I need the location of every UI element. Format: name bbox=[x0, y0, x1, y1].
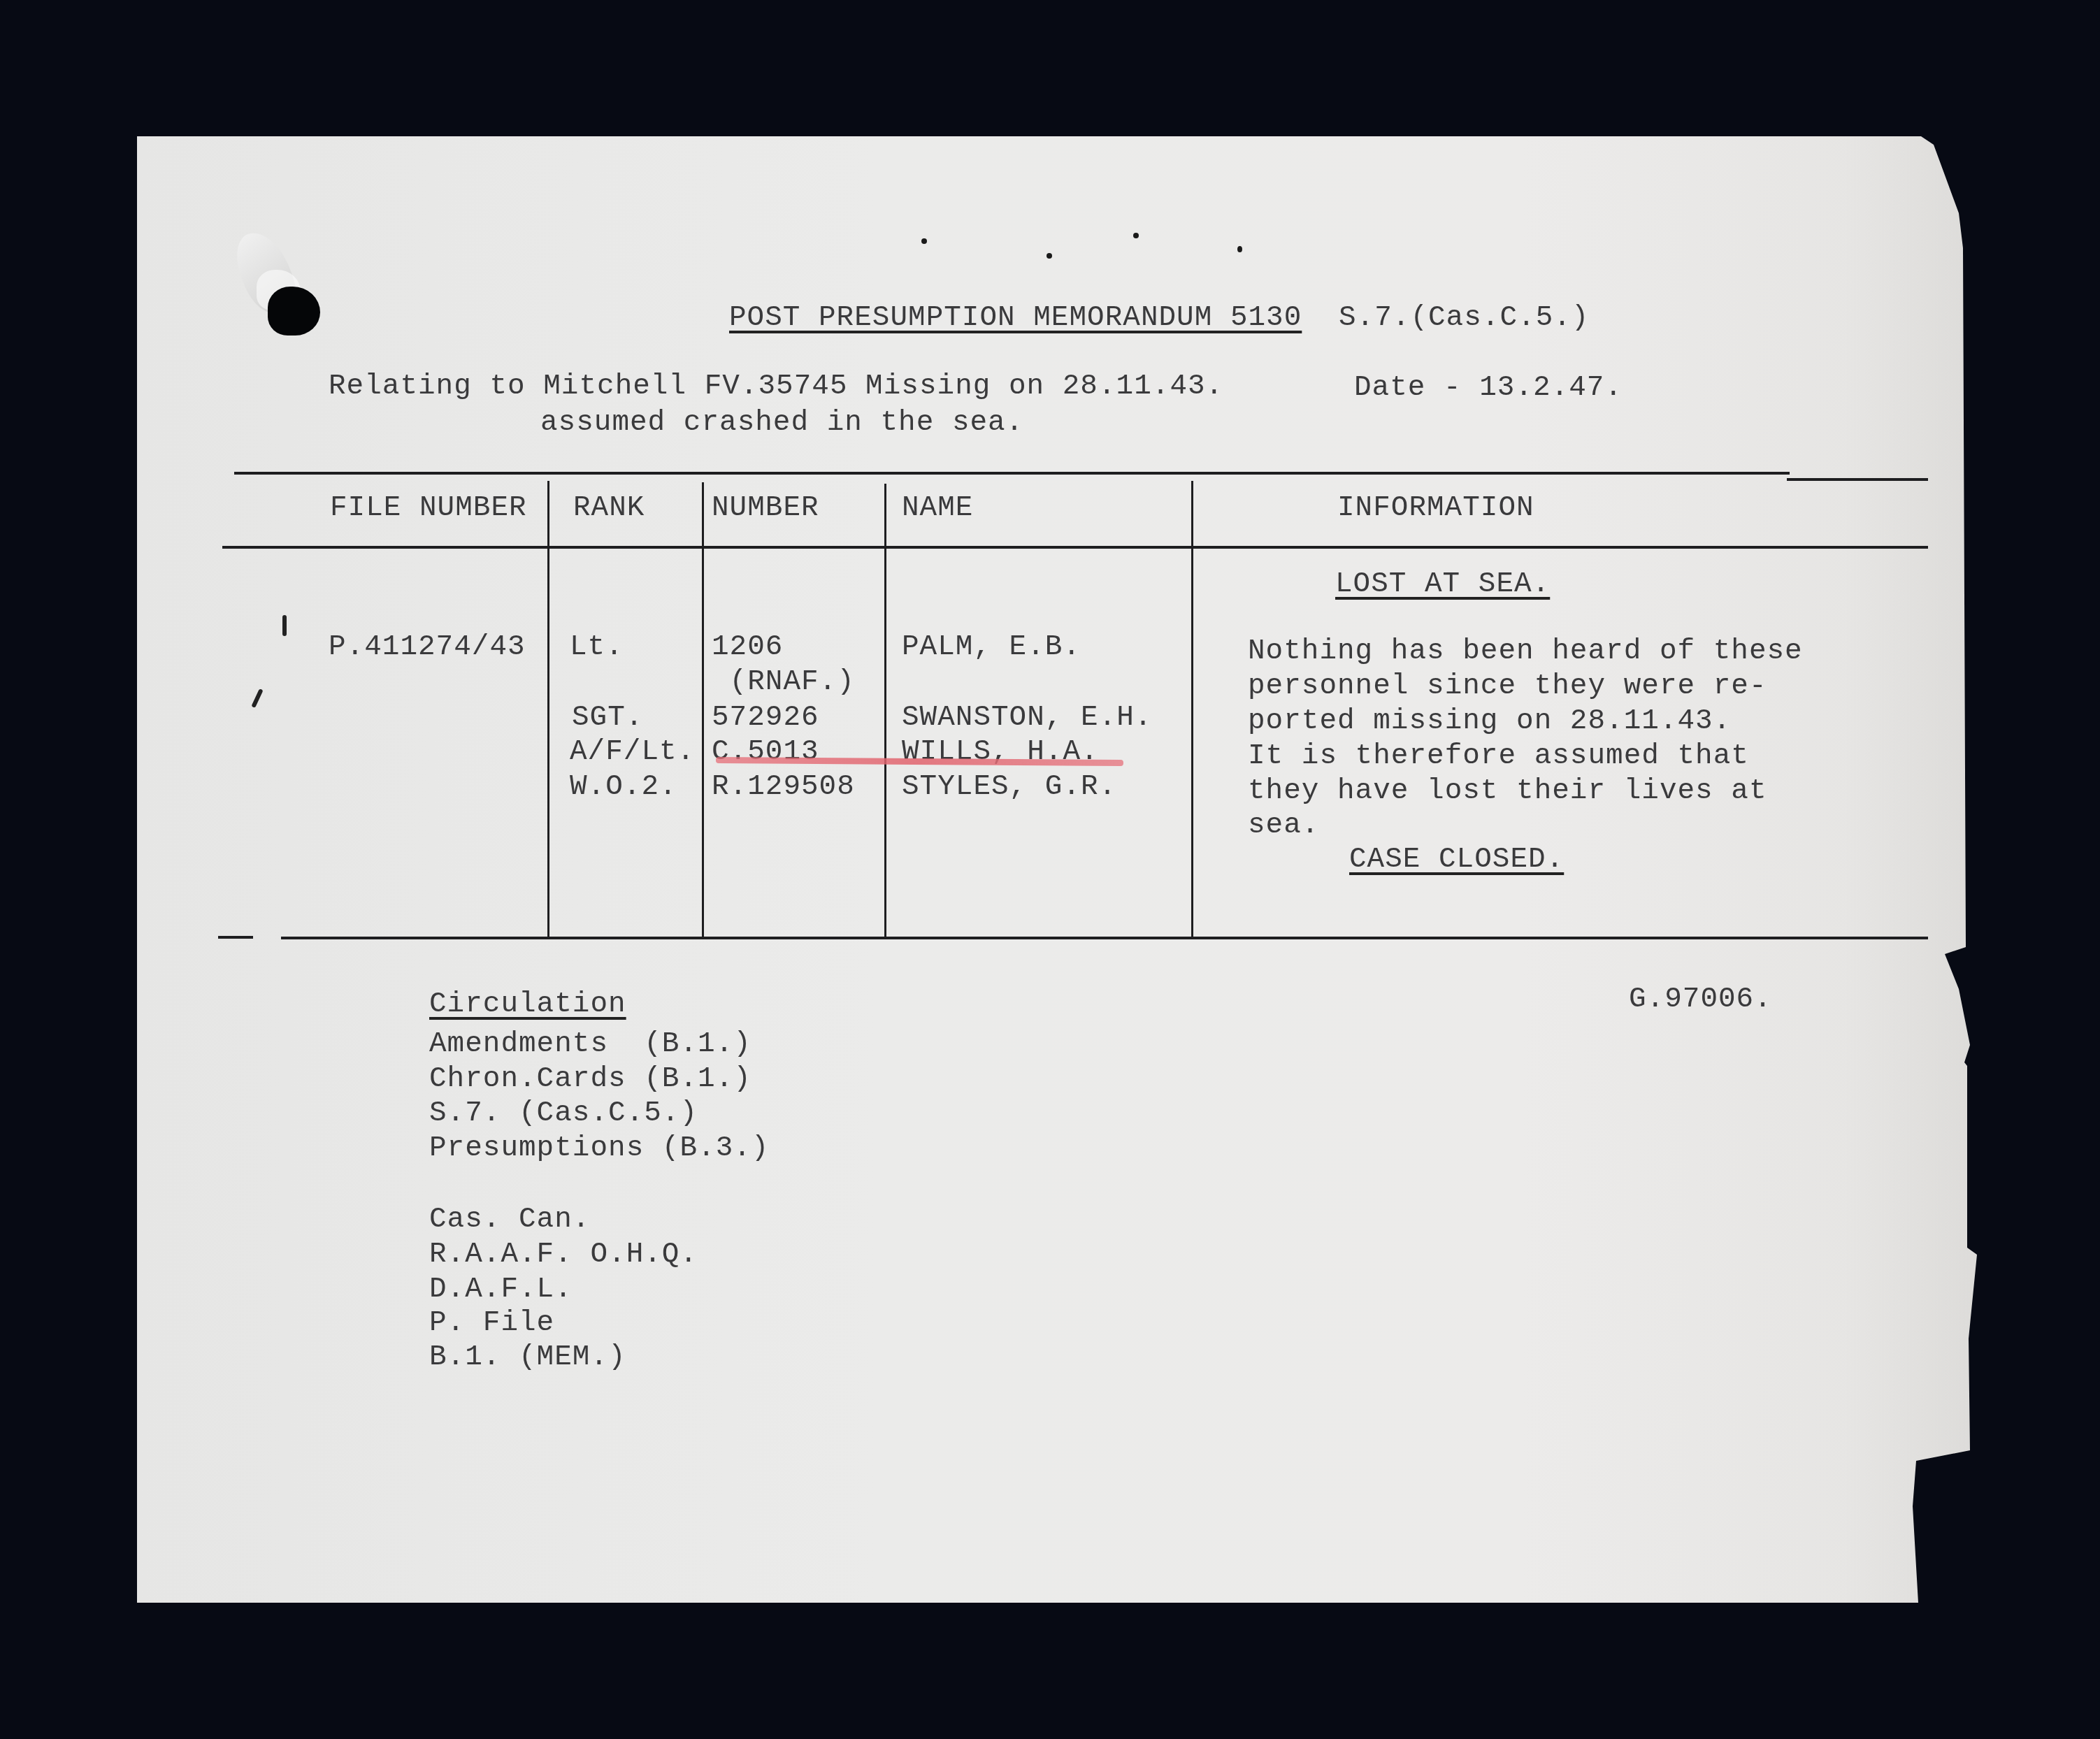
table-top-rule bbox=[234, 472, 1790, 475]
column-divider bbox=[702, 482, 704, 937]
number-cell: 572926 bbox=[712, 701, 819, 735]
column-divider bbox=[884, 484, 886, 937]
circulation-item: S.7. (Cas.C.5.) bbox=[429, 1097, 698, 1130]
header-number: NUMBER bbox=[712, 491, 819, 525]
header-file-number: FILE NUMBER bbox=[330, 491, 527, 525]
file-number-value: P.411274/43 bbox=[329, 630, 526, 664]
paper-edge-shade bbox=[1843, 136, 1983, 1603]
rank-cell: Lt. bbox=[570, 630, 624, 664]
circulation-heading: Circulation bbox=[429, 988, 626, 1021]
info-line: ported missing on 28.11.43. bbox=[1248, 705, 1731, 738]
name-cell: PALM, E.B. bbox=[902, 630, 1081, 664]
relating-line-2: assumed crashed in the sea. bbox=[540, 406, 1023, 440]
header-rank: RANK bbox=[573, 491, 645, 525]
header-information: INFORMATION bbox=[1337, 491, 1534, 525]
number-cell: R.129508 bbox=[712, 770, 855, 804]
memo-reference: S.7.(Cas.C.5.) bbox=[1339, 301, 1589, 335]
info-line: Nothing has been heard of these bbox=[1248, 635, 1803, 668]
rank-cell: A/F/Lt. bbox=[570, 735, 695, 769]
circulation-item: R.A.A.F. O.H.Q. bbox=[429, 1238, 698, 1271]
number-cell: 1206 bbox=[712, 630, 783, 664]
name-cell: SWANSTON, E.H. bbox=[902, 701, 1152, 735]
ink-speck bbox=[921, 238, 927, 244]
ink-speck bbox=[1237, 246, 1242, 252]
circulation-item: Presumptions (B.3.) bbox=[429, 1132, 769, 1165]
info-line: personnel since they were re- bbox=[1248, 670, 1767, 703]
case-status: CASE CLOSED. bbox=[1349, 843, 1564, 876]
memo-date: Date - 13.2.47. bbox=[1354, 371, 1623, 405]
number-cell: (RNAF.) bbox=[712, 665, 855, 699]
circulation-item: B.1. (MEM.) bbox=[429, 1341, 626, 1374]
header-name: NAME bbox=[902, 491, 973, 525]
info-heading: LOST AT SEA. bbox=[1335, 568, 1550, 601]
memo-title: POST PRESUMPTION MEMORANDUM 5130 bbox=[729, 301, 1302, 335]
column-divider bbox=[547, 481, 549, 937]
circulation-item: D.A.F.L. bbox=[429, 1273, 573, 1306]
info-line: they have lost their lives at bbox=[1248, 774, 1767, 808]
table-bottom-rule bbox=[218, 936, 253, 939]
relating-line: Relating to Mitchell FV.35745 Missing on… bbox=[329, 370, 1223, 403]
circulation-item: Chron.Cards (B.1.) bbox=[429, 1062, 751, 1096]
circulation-item: Cas. Can. bbox=[429, 1203, 590, 1236]
rank-cell: SGT. bbox=[572, 701, 643, 735]
memo-paper bbox=[137, 136, 1983, 1603]
name-cell: STYLES, G.R. bbox=[902, 770, 1116, 804]
circulation-item: P. File bbox=[429, 1306, 554, 1340]
form-number: G.97006. bbox=[1629, 983, 1772, 1016]
info-line: sea. bbox=[1248, 809, 1319, 842]
rank-cell: W.O.2. bbox=[570, 770, 677, 804]
table-top-rule-end bbox=[1787, 478, 1928, 481]
table-header-rule bbox=[222, 546, 1928, 549]
staple-mark bbox=[282, 615, 287, 636]
punch-hole bbox=[268, 287, 320, 335]
table-bottom-rule bbox=[281, 937, 1928, 939]
info-line: It is therefore assumed that bbox=[1248, 739, 1749, 773]
ink-speck bbox=[1133, 233, 1139, 238]
column-divider bbox=[1191, 481, 1193, 937]
circulation-item: Amendments (B.1.) bbox=[429, 1027, 751, 1061]
ink-speck bbox=[1047, 253, 1052, 259]
